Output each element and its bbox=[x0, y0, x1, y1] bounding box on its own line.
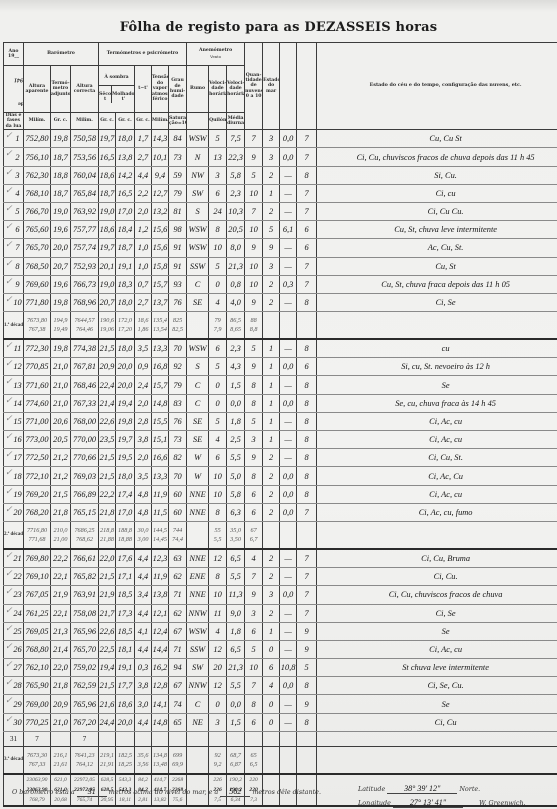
sig-cell: 8 bbox=[297, 431, 317, 449]
seco-cell: 21,7 bbox=[99, 604, 116, 622]
table-row: ✓26768,8021,4765,7022,518,14,414,471SSW1… bbox=[4, 640, 557, 658]
rumo-cell: SE bbox=[187, 431, 209, 449]
term-cell: 19,8 bbox=[51, 293, 71, 311]
mar-cell: 1 bbox=[263, 622, 280, 640]
rem-cell: Se bbox=[317, 695, 557, 713]
corr-cell: 760,04 bbox=[71, 166, 99, 184]
register-table: Ano 19__ Barómetro Termómetros e psicróm… bbox=[3, 42, 557, 807]
rumo-cell: NE bbox=[187, 713, 209, 731]
vel2-cell: 7,5 bbox=[227, 130, 245, 148]
check-mark-icon: ✓ bbox=[5, 340, 13, 351]
rumo-cell: NNE bbox=[187, 485, 209, 503]
mar-cell: 3 bbox=[263, 257, 280, 275]
day-cell: ✓25 bbox=[4, 622, 24, 640]
diff-cell: 1,2 bbox=[135, 221, 152, 239]
alt-cell: 772,50 bbox=[24, 449, 51, 467]
sig-cell: 8 bbox=[297, 449, 317, 467]
chuva-cell: — bbox=[280, 549, 297, 568]
corr-cell: 768,00 bbox=[71, 412, 99, 430]
mar-summary-cell bbox=[263, 746, 280, 774]
day-cell: ✓22 bbox=[4, 568, 24, 586]
unit-label bbox=[187, 113, 209, 130]
check-mark-icon: ✓ bbox=[5, 239, 13, 250]
table-row: ✓28765,9021,8762,5921,517,73,812,867NNW1… bbox=[4, 677, 557, 695]
alt-summary-cell: 7716,80771,68 bbox=[24, 521, 51, 549]
diff-cell: 2,4 bbox=[135, 376, 152, 394]
nuv-cell: 4 bbox=[245, 549, 263, 568]
seco-cell: 21,5 bbox=[99, 449, 116, 467]
chuva-summary-cell bbox=[280, 521, 297, 549]
rem-cell: Ci, cu bbox=[317, 184, 557, 202]
corr-cell: 752,93 bbox=[71, 257, 99, 275]
diff-cell: 4,8 bbox=[135, 485, 152, 503]
nuv-cell: 8 bbox=[245, 394, 263, 412]
molh-cell: 20,0 bbox=[116, 376, 135, 394]
chuva-cell: — bbox=[280, 293, 297, 311]
molh-cell: 18,0 bbox=[116, 293, 135, 311]
alt-cell: 769,05 bbox=[24, 622, 51, 640]
sig-cell: 7 bbox=[297, 604, 317, 622]
rumo-cell: W bbox=[187, 449, 209, 467]
rumo-cell: N bbox=[187, 148, 209, 166]
sky-state-header: Estado do céu e do tempo, configuração d… bbox=[317, 43, 557, 130]
tens-cell: 13,7 bbox=[152, 293, 169, 311]
mar-cell: 1 bbox=[263, 376, 280, 394]
alt-cell: 774,60 bbox=[24, 394, 51, 412]
table-row: ✓12770,8521,0767,8120,920,00,916,892S54,… bbox=[4, 358, 557, 376]
corr-cell: 765,96 bbox=[71, 622, 99, 640]
rem-cell: Ci, Cu, chuviscos fracos de chuva depois… bbox=[317, 148, 557, 166]
vel2-cell: 21,3 bbox=[227, 257, 245, 275]
check-mark-icon: ✓ bbox=[5, 358, 13, 369]
nuv-cell: 9 bbox=[245, 293, 263, 311]
alt-cell: 767,05 bbox=[24, 586, 51, 604]
rumo-cell: SSW bbox=[187, 640, 209, 658]
chuva-cell: 10,8 bbox=[280, 659, 297, 677]
altitude-value: 31 bbox=[77, 787, 107, 797]
vel-cell: 6 bbox=[209, 184, 227, 202]
unit-label: Gr. c. bbox=[51, 113, 71, 130]
seco-cell: 19,7 bbox=[99, 239, 116, 257]
rem-cell: Ci, Se bbox=[317, 293, 557, 311]
corr-cell: 770,66 bbox=[71, 449, 99, 467]
day-cell: ✓17 bbox=[4, 449, 24, 467]
tens-cell: 15,5 bbox=[152, 412, 169, 430]
corr-cell: 767,81 bbox=[71, 358, 99, 376]
mar-cell: 0 bbox=[263, 640, 280, 658]
sig-cell: 8 bbox=[297, 376, 317, 394]
term-summary-cell: 216,121,61 bbox=[51, 746, 71, 774]
molh-cell: 17,7 bbox=[116, 677, 135, 695]
tens-cell: 15,8 bbox=[152, 257, 169, 275]
mar-cell: 5 bbox=[263, 221, 280, 239]
nuv-cell: 10 bbox=[245, 221, 263, 239]
diff-cell: 3,5 bbox=[135, 467, 152, 485]
vel-cell: 6 bbox=[209, 339, 227, 358]
molh-cell: 19,7 bbox=[116, 431, 135, 449]
vel-summary-cell: 797,9 bbox=[209, 312, 227, 340]
check-mark-icon: ✓ bbox=[5, 641, 13, 652]
tens-cell: 12,7 bbox=[152, 184, 169, 202]
diff-cell: 0,9 bbox=[135, 358, 152, 376]
table-row: ✓23767,0521,9763,9121,918,53,413,871NNE1… bbox=[4, 586, 557, 604]
rumo-cell: WSW bbox=[187, 221, 209, 239]
hum-cell: 62 bbox=[169, 568, 187, 586]
hum-cell: 82 bbox=[169, 449, 187, 467]
vel-summary-cell: 555,5 bbox=[209, 521, 227, 549]
corr-summary-cell: 7644,57764,46 bbox=[71, 312, 99, 340]
seco-cell: 21,5 bbox=[99, 467, 116, 485]
vel-cell: 10 bbox=[209, 586, 227, 604]
rumo-cell: NNE bbox=[187, 549, 209, 568]
rumo-cell: W bbox=[187, 467, 209, 485]
chuva-cell: — bbox=[280, 431, 297, 449]
table-row: ✓27762,1022,0759,0219,419,10,316,294SW20… bbox=[4, 659, 557, 677]
rumo-cell: SW bbox=[187, 659, 209, 677]
longitude-value: 27° 13' 41" bbox=[393, 798, 463, 808]
chuva-cell: — bbox=[280, 622, 297, 640]
diff-cell: 3,8 bbox=[135, 431, 152, 449]
alt-summary-cell: 7673,30767,33 bbox=[24, 746, 51, 774]
corr-cell: 765,70 bbox=[71, 640, 99, 658]
check-mark-icon: ✓ bbox=[5, 294, 13, 305]
tens-cell: 13,3 bbox=[152, 467, 169, 485]
alt-cell: 773,00 bbox=[24, 431, 51, 449]
thermometers-group-header: Termómetros e psicrómetro bbox=[99, 43, 187, 66]
rumo-cell: NW bbox=[187, 166, 209, 184]
table-row: ✓9769,6019,6766,7319,018,30,715,793C00,8… bbox=[4, 275, 557, 293]
corr-cell: 765,15 bbox=[71, 503, 99, 521]
rumo-cell: C bbox=[187, 695, 209, 713]
rem-cell: Ci, Se bbox=[317, 604, 557, 622]
rem-cell: cu bbox=[317, 339, 557, 358]
rumo-cell: S bbox=[187, 358, 209, 376]
corr-cell: 765,84 bbox=[71, 184, 99, 202]
nuv-cell: 10 bbox=[245, 257, 263, 275]
wind-speed-header: Veloci-dade horária bbox=[209, 66, 227, 113]
mar-cell: 6 bbox=[263, 659, 280, 677]
check-mark-icon: ✓ bbox=[5, 586, 13, 597]
diff-cell: 4,8 bbox=[135, 503, 152, 521]
molh-cell: 17,3 bbox=[116, 604, 135, 622]
corr-cell: 766,61 bbox=[71, 549, 99, 568]
molh-cell: 18,0 bbox=[116, 467, 135, 485]
sig-cell: 7 bbox=[297, 275, 317, 293]
tens-cell: 10,1 bbox=[152, 148, 169, 166]
humidity-header: Grau de humi-dade bbox=[169, 66, 187, 113]
vel-cell: 0 bbox=[209, 695, 227, 713]
mar-cell: 0 bbox=[263, 695, 280, 713]
sig-cell: 7 bbox=[297, 184, 317, 202]
hum-cell: 83 bbox=[169, 394, 187, 412]
seco-cell: 20,9 bbox=[99, 358, 116, 376]
unit-label: Milím. bbox=[24, 113, 51, 130]
diff-cell: 4,4 bbox=[135, 568, 152, 586]
day-cell: ✓15 bbox=[4, 412, 24, 430]
rumo-cell: C bbox=[187, 394, 209, 412]
hum-cell: 81 bbox=[169, 202, 187, 220]
day-cell: ✓2 bbox=[4, 148, 24, 166]
vel2-cell: 0,0 bbox=[227, 695, 245, 713]
alt-cell: 768,10 bbox=[24, 184, 51, 202]
term-cell: 21,0 bbox=[51, 376, 71, 394]
sig-cell: 5 bbox=[297, 659, 317, 677]
tens-cell: 15,6 bbox=[152, 239, 169, 257]
rumo-cell: NNW bbox=[187, 677, 209, 695]
mar-cell: 3 bbox=[263, 130, 280, 148]
vel2-cell: 0,8 bbox=[227, 275, 245, 293]
alt-cell: 769,60 bbox=[24, 275, 51, 293]
diff-cell: 0,3 bbox=[135, 659, 152, 677]
table-row: ✓17772,5021,2770,6621,519,52,016,682W65,… bbox=[4, 449, 557, 467]
molh-cell: 19,1 bbox=[116, 257, 135, 275]
molh-cell: 17,4 bbox=[116, 485, 135, 503]
nuv-cell bbox=[245, 731, 263, 746]
seco-cell: 21,5 bbox=[99, 677, 116, 695]
sig-summary-cell bbox=[297, 521, 317, 549]
vel2-cell: 20,5 bbox=[227, 221, 245, 239]
hum-cell: 98 bbox=[169, 221, 187, 239]
vel-cell bbox=[209, 731, 227, 746]
diff-cell: 3,0 bbox=[135, 695, 152, 713]
mar-cell: 2 bbox=[263, 549, 280, 568]
molh-cell: 16,5 bbox=[116, 184, 135, 202]
vel2-cell: 4,3 bbox=[227, 358, 245, 376]
month-header: Mês de Abril 1941 bbox=[4, 66, 24, 113]
term-cell: 18,7 bbox=[51, 184, 71, 202]
table-row: ✓14774,6021,0767,3321,419,42,014,883C00,… bbox=[4, 394, 557, 412]
mar-cell: 1 bbox=[263, 184, 280, 202]
rem-cell: Si, Cu. bbox=[317, 166, 557, 184]
chuva-cell: 0,3 bbox=[280, 275, 297, 293]
hum-cell: 94 bbox=[169, 659, 187, 677]
chuva-cell: 0,0 bbox=[280, 358, 297, 376]
tens-cell: 14,8 bbox=[152, 394, 169, 412]
sig-cell: 9 bbox=[297, 640, 317, 658]
table-row: ✓13771,6021,0768,4622,420,02,415,779C01,… bbox=[4, 376, 557, 394]
vel2-cell: 1,5 bbox=[227, 713, 245, 731]
table-row: ✓19769,2021,5766,8922,217,44,811,960NNE1… bbox=[4, 485, 557, 503]
check-mark-icon: ✓ bbox=[5, 130, 13, 141]
chuva-cell: 0,0 bbox=[280, 130, 297, 148]
molh-cell bbox=[116, 731, 135, 746]
rem-cell: Ci, Ac, Cu bbox=[317, 467, 557, 485]
molh-summary-cell: 172,017,20 bbox=[116, 312, 135, 340]
vel2-cell: 5,5 bbox=[227, 568, 245, 586]
corr-cell: 767,33 bbox=[71, 394, 99, 412]
hum-cell bbox=[169, 731, 187, 746]
tens-cell: 16,2 bbox=[152, 659, 169, 677]
sig-cell: 7 bbox=[297, 130, 317, 148]
day-cell: ✓1 bbox=[4, 130, 24, 148]
decade3-summary: 3.ª década7673,30767,33216,121,617641,23… bbox=[4, 746, 557, 774]
seco-cell: 20,7 bbox=[99, 293, 116, 311]
vel-cell: 10 bbox=[209, 467, 227, 485]
clouds-header: Quan-tidade de nuvens 0 a 10 bbox=[245, 43, 263, 130]
sig-cell: 8 bbox=[297, 394, 317, 412]
mar-cell: 3 bbox=[263, 586, 280, 604]
sig-cell: 8 bbox=[297, 339, 317, 358]
unit-label: Gr. c. bbox=[116, 113, 135, 130]
term-cell: 19,8 bbox=[51, 130, 71, 148]
shade-header: À sombraSêco tMolhado t' bbox=[99, 66, 135, 113]
day-cell: ✓4 bbox=[4, 184, 24, 202]
decade-label: 1.ª década bbox=[4, 312, 24, 340]
vel-cell: 8 bbox=[209, 568, 227, 586]
vel2-cell: 5,8 bbox=[227, 485, 245, 503]
vel-cell: 5 bbox=[209, 130, 227, 148]
sig-cell: 8 bbox=[297, 713, 317, 731]
sig-cell: 7 bbox=[297, 549, 317, 568]
corr-cell: 766,89 bbox=[71, 485, 99, 503]
seco-cell: 21,4 bbox=[99, 394, 116, 412]
mar-cell: 1 bbox=[263, 339, 280, 358]
hum-cell: 62 bbox=[169, 604, 187, 622]
unit-label: Gr. c. bbox=[135, 113, 152, 130]
chuva-cell: 0,0 bbox=[280, 586, 297, 604]
alt-cell: 770,85 bbox=[24, 358, 51, 376]
rumo-cell: C bbox=[187, 376, 209, 394]
corr-cell: 768,46 bbox=[71, 376, 99, 394]
days-header: Dias e fases da lua bbox=[4, 113, 24, 130]
term-cell: 21,0 bbox=[51, 394, 71, 412]
alt-cell: 765,70 bbox=[24, 239, 51, 257]
tens-cell: 11,9 bbox=[152, 485, 169, 503]
vel2-cell: 1,8 bbox=[227, 622, 245, 640]
vel2-cell: 1,5 bbox=[227, 376, 245, 394]
term-cell: 19,0 bbox=[51, 202, 71, 220]
alt-cell: 765,90 bbox=[24, 677, 51, 695]
rem-cell: Cu, St, chuva fraca depois das 11 h 05 bbox=[317, 275, 557, 293]
day-cell: ✓27 bbox=[4, 659, 24, 677]
rumo-cell: SSW bbox=[187, 257, 209, 275]
term-cell: 22,1 bbox=[51, 568, 71, 586]
alt-cell: 756,10 bbox=[24, 148, 51, 166]
rumo-cell: SE bbox=[187, 293, 209, 311]
alt-cell: 762,30 bbox=[24, 166, 51, 184]
seco-cell: 18,6 bbox=[99, 166, 116, 184]
decade3-rows: ✓21769,8022,2766,6122,017,64,412,363NNE1… bbox=[4, 549, 557, 731]
molh-cell: 18,4 bbox=[116, 221, 135, 239]
vel-cell: 6 bbox=[209, 449, 227, 467]
mar-cell: 2 bbox=[263, 604, 280, 622]
anemometer-group-header: AnemómetroVento bbox=[187, 43, 245, 66]
sig-cell: 7 bbox=[297, 202, 317, 220]
seco-cell: 24,4 bbox=[99, 713, 116, 731]
chuva-cell: — bbox=[280, 166, 297, 184]
corr-cell: 759,02 bbox=[71, 659, 99, 677]
diff-cell bbox=[135, 731, 152, 746]
day-cell: ✓20 bbox=[4, 503, 24, 521]
mar-cell: 2 bbox=[263, 166, 280, 184]
seco-cell: 23,5 bbox=[99, 431, 116, 449]
sea-state-header: Estado do mar bbox=[263, 43, 280, 130]
rumo-cell: WSW bbox=[187, 622, 209, 640]
tens-cell: 12,1 bbox=[152, 604, 169, 622]
latitude-value: 38° 39' 12" bbox=[387, 784, 457, 794]
nuv-summary-cell: 656,5 bbox=[245, 746, 263, 774]
alt-cell: 768,80 bbox=[24, 640, 51, 658]
corr-summary-cell: 7641,23764,12 bbox=[71, 746, 99, 774]
molh-cell: 13,8 bbox=[116, 148, 135, 166]
tens-cell: 14,4 bbox=[152, 640, 169, 658]
mar-cell: 2 bbox=[263, 449, 280, 467]
table-row: ✓5766,7019,0763,9219,017,02,013,281S2410… bbox=[4, 202, 557, 220]
seco-cell: 22,2 bbox=[99, 485, 116, 503]
table-row: ✓10771,8019,8768,9620,718,02,713,776SE44… bbox=[4, 293, 557, 311]
day-cell: ✓10 bbox=[4, 293, 24, 311]
day-cell: ✓5 bbox=[4, 202, 24, 220]
vel2-cell: 5,8 bbox=[227, 166, 245, 184]
sig-cell: 7 bbox=[297, 503, 317, 521]
rem-cell: Ci, Cu, chuviscos fracos de chuva bbox=[317, 586, 557, 604]
nuv-cell: 8 bbox=[245, 376, 263, 394]
mar-cell: 2 bbox=[263, 503, 280, 521]
barometer-note: O barómetro está a 31 metros acima do ni… bbox=[12, 787, 321, 797]
vel2-cell: 5,5 bbox=[227, 677, 245, 695]
rem-cell: Ci, Ac, cu bbox=[317, 431, 557, 449]
hum-cell: 79 bbox=[169, 376, 187, 394]
vel-cell: 4 bbox=[209, 293, 227, 311]
tens-cell: 15,7 bbox=[152, 275, 169, 293]
rem-summary-cell bbox=[317, 312, 557, 340]
corr-cell: 770,00 bbox=[71, 431, 99, 449]
sig-cell: 6 bbox=[297, 221, 317, 239]
molh-summary-cell: 182,518,25 bbox=[116, 746, 135, 774]
table-row: ✓8768,5020,7752,9320,119,11,015,891SSW52… bbox=[4, 257, 557, 275]
seco-cell: 22,6 bbox=[99, 412, 116, 430]
check-mark-icon: ✓ bbox=[5, 605, 13, 616]
day-cell: ✓30 bbox=[4, 713, 24, 731]
mar-cell: 2 bbox=[263, 293, 280, 311]
corr-cell: 765,96 bbox=[71, 695, 99, 713]
term-cell: 21,4 bbox=[51, 640, 71, 658]
molh-cell: 19,4 bbox=[116, 394, 135, 412]
term-cell: 18,8 bbox=[51, 166, 71, 184]
alt-cell: 752,80 bbox=[24, 130, 51, 148]
vel2-cell: 4,0 bbox=[227, 293, 245, 311]
nuv-cell: 9 bbox=[245, 586, 263, 604]
hum-cell: 73 bbox=[169, 148, 187, 166]
sig-cell bbox=[297, 731, 317, 746]
check-mark-icon: ✓ bbox=[5, 258, 13, 269]
rem-cell: Se, cu, chuva fraca às 14 h 45 bbox=[317, 394, 557, 412]
table-row: ✓6765,6019,6757,7718,618,41,215,698WSW82… bbox=[4, 221, 557, 239]
molh-cell: 18,5 bbox=[116, 586, 135, 604]
table-row: ✓25769,0521,3765,9622,618,54,112,467WSW4… bbox=[4, 622, 557, 640]
check-mark-icon: ✓ bbox=[5, 376, 13, 387]
register-sheet: Fôlha de registo para as DEZASSEIS horas… bbox=[0, 0, 557, 809]
mar-cell: 2 bbox=[263, 275, 280, 293]
corr-cell: 762,59 bbox=[71, 677, 99, 695]
molh-cell: 18,5 bbox=[116, 622, 135, 640]
nuv-cell: 10 bbox=[245, 659, 263, 677]
vel2-summary-cell: 35,03,50 bbox=[227, 521, 245, 549]
term-summary-cell: 210,021,00 bbox=[51, 521, 71, 549]
nuv-cell: 5 bbox=[245, 640, 263, 658]
molh-cell: 17,0 bbox=[116, 503, 135, 521]
seco-cell: 21,8 bbox=[99, 503, 116, 521]
diff-summary-cell: 18,61,86 bbox=[135, 312, 152, 340]
mar-cell: 3 bbox=[263, 148, 280, 166]
nuv-cell: 3 bbox=[245, 604, 263, 622]
hum-cell: 73 bbox=[169, 431, 187, 449]
alt-cell: 769,00 bbox=[24, 695, 51, 713]
diff-cell: 2,7 bbox=[135, 148, 152, 166]
table-row: ✓16773,0020,5770,0023,519,73,815,173SE42… bbox=[4, 431, 557, 449]
mar-cell: 2 bbox=[263, 568, 280, 586]
unit-label: Quilóm. bbox=[209, 113, 227, 130]
